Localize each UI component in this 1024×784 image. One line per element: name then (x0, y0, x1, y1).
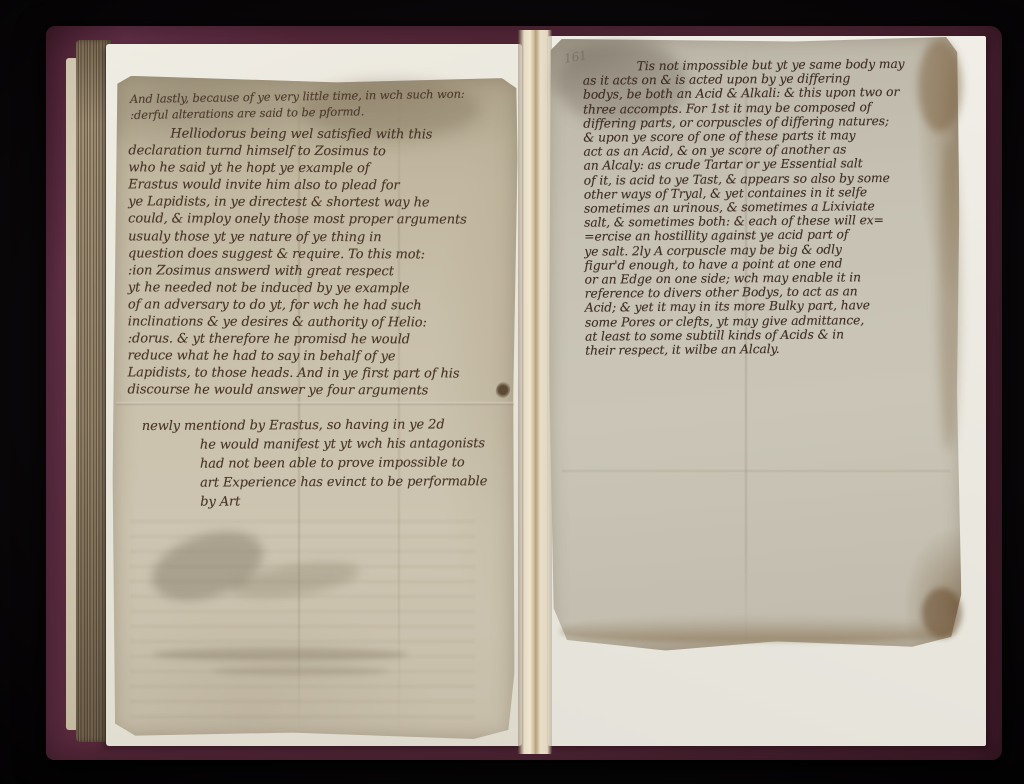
manuscript-line: he would manifest yt yt wch his antagoni… (142, 434, 518, 455)
manuscript-line: newly mentiond by Erastus, so having in … (142, 415, 518, 436)
photo-backdrop: And lastly, because of ye very little ti… (0, 0, 1024, 784)
manuscript-line: ye Lapidists, in ye directest & shortest… (128, 194, 516, 212)
manuscript-line: had not been able to prove impossible to (142, 453, 518, 474)
manuscript-line: by Art (142, 491, 518, 512)
manuscript-line: reduce what he had to say in behalf of y… (128, 348, 516, 366)
manuscript-line: usualy those yt ye nature of ye thing in (128, 228, 516, 246)
manuscript-line: art Experience has evinct to be performa… (142, 472, 518, 493)
manuscript-line: question does suggest & require. To this… (128, 245, 516, 263)
manuscript-line: :ion Zosimus answerd with great respect (128, 262, 516, 280)
manuscript-line: inclinations & ye desires & authority of… (128, 313, 516, 331)
book-gutter (518, 30, 552, 754)
left-main-paragraph: Helliodorus being wel satisfied with thi… (128, 125, 517, 400)
right-paragraph: Tis not impossible but yt ye same body m… (583, 56, 970, 358)
ink-showthrough (130, 520, 475, 720)
manuscript-line: discourse he would answer ye four argume… (128, 382, 516, 400)
manuscript-line: Helliodorus being wel satisfied with thi… (128, 125, 516, 143)
manuscript-line: yt he needed not be induced by ye exampl… (128, 279, 516, 297)
manuscript-line: Erastus would invite him also to plead f… (128, 177, 516, 195)
left-lower-paragraph: newly mentiond by Erastus, so having in … (142, 415, 518, 512)
left-inserted-note: And lastly, because of ye very little ti… (130, 85, 512, 123)
manuscript-line: could, & imploy onely those most proper … (128, 211, 516, 229)
manuscript-line: of an adversary to do yt, for wch he had… (128, 296, 516, 314)
manuscript-line: declaration turnd himself to Zosimus to (128, 142, 516, 160)
manuscript-line: :dorus. & yt therefore he promisd he wou… (128, 330, 516, 348)
manuscript-line: Lapidists, to those heads. And in ye fir… (128, 365, 516, 383)
manuscript-line: who he said yt he hopt ye example of (128, 160, 516, 178)
